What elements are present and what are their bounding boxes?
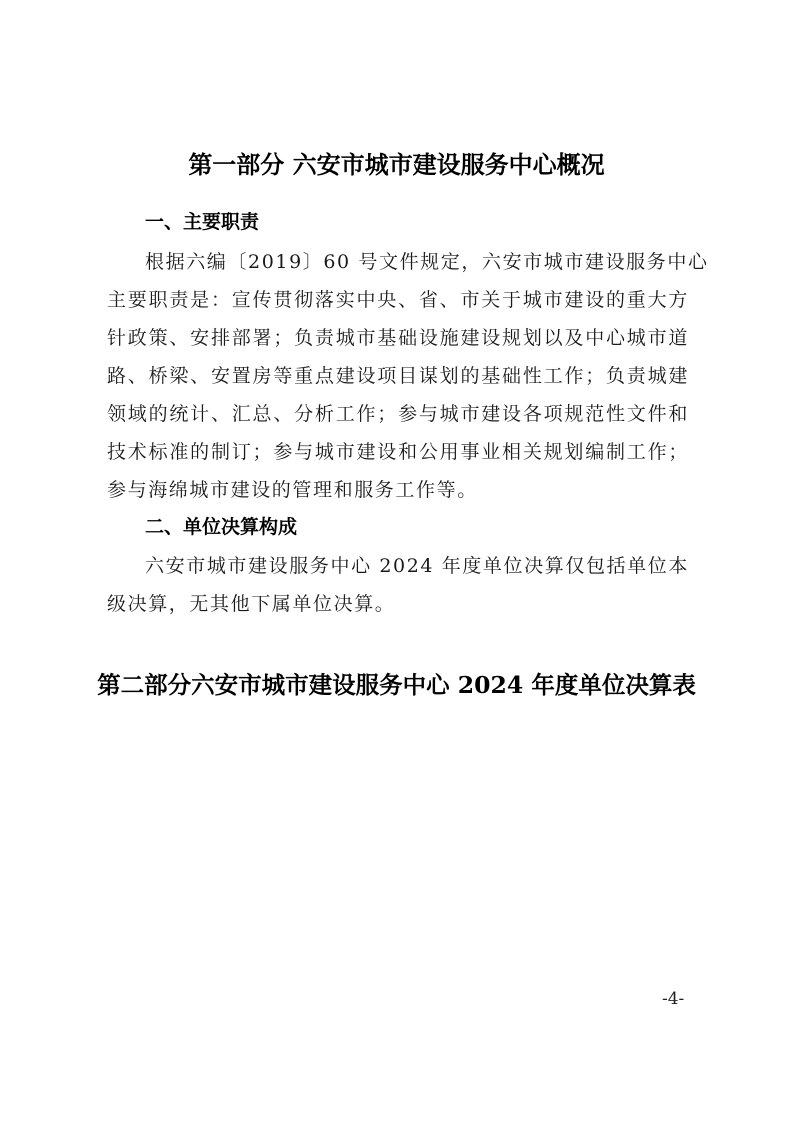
paragraph-line: 六安市城市建设服务中心 2024 年度单位决算仅包括单位本: [107, 547, 689, 585]
part2-title: 第二部分六安市城市建设服务中心 2024 年度单位决算表: [0, 670, 793, 700]
paragraph-line: 路、桥梁、安置房等重点建设项目谋划的基础性工作；负责城建: [107, 357, 689, 395]
paragraph-line: 级决算，无其他下属单位决算。: [107, 585, 689, 623]
section2-heading: 二、单位决算构成: [145, 515, 297, 539]
paragraph-line: 主要职责是：宣传贯彻落实中央、省、市关于城市建设的重大方: [107, 281, 689, 319]
paragraph-line: 领域的统计、汇总、分析工作；参与城市建设各项规范性文件和: [107, 395, 689, 433]
paragraph-line: 根据六编〔2019〕60 号文件规定，六安市城市建设服务中心: [107, 243, 689, 281]
section1-paragraph: 根据六编〔2019〕60 号文件规定，六安市城市建设服务中心 主要职责是：宣传贯…: [107, 243, 689, 509]
part1-title: 第一部分 六安市城市建设服务中心概况: [0, 150, 793, 180]
paragraph-line: 技术标准的制订；参与城市建设和公用事业相关规划编制工作；: [107, 433, 689, 471]
section2-paragraph: 六安市城市建设服务中心 2024 年度单位决算仅包括单位本 级决算，无其他下属单…: [107, 547, 689, 623]
section1-heading: 一、主要职责: [145, 210, 259, 234]
paragraph-line: 针政策、安排部署；负责城市基础设施建设规划以及中心城市道: [107, 319, 689, 357]
page-number: -4-: [662, 989, 684, 1009]
document-page: 第一部分 六安市城市建设服务中心概况 一、主要职责 根据六编〔2019〕60 号…: [0, 0, 793, 1122]
paragraph-line: 参与海绵城市建设的管理和服务工作等。: [107, 471, 689, 509]
